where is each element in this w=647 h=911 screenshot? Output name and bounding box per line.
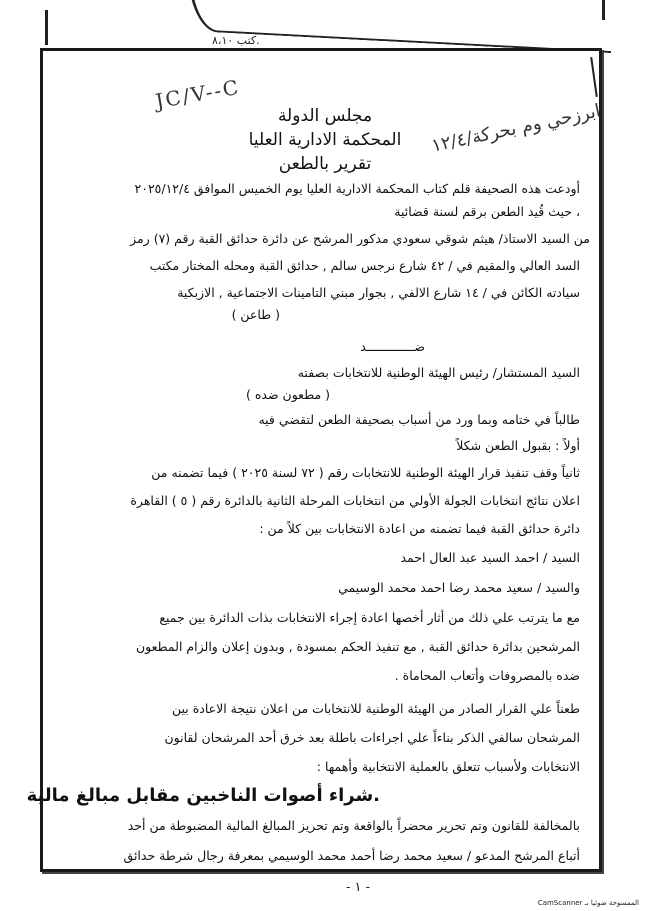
document-body: أودعت هذه الصحيفة قلم كتاب المحكمة الادا…	[80, 175, 580, 871]
back-sheet-edge-right	[602, 0, 605, 20]
second-request-line-1: ثانياً وقف تنفيذ قرار الهيئة الوطنية للا…	[80, 459, 580, 487]
appeal-line-2: المرشحان سالفي الذكر بناءاً علي اجراءات …	[80, 723, 580, 752]
consequences-line-2: المرشحين بدائرة حدائق القبة , مع تنفيذ ا…	[80, 632, 580, 661]
header-title: تقرير بالطعن	[215, 152, 435, 176]
appeal-line-1: طعناً علي القرار الصادر من الهيئة الوطني…	[80, 694, 580, 723]
registration-line: ، حيث قُيد الطعن برقم لسنة قضائية	[80, 198, 580, 225]
first-request: أولاً : بقبول الطعن شكلاً	[80, 433, 580, 459]
closing-line-1: بالمخالفة للقانون وتم تحرير محضراً بالوا…	[80, 811, 580, 841]
back-sheet-edge-left	[45, 10, 48, 45]
back-sheet-handwriting: .كتب ٨،١٠	[212, 34, 260, 47]
against-label: ضـــــــــــــد	[80, 332, 580, 362]
page-number: - ١ -	[346, 880, 370, 895]
candidate-1: السيد / احمد السيد عبد العال احمد	[80, 543, 580, 573]
consequences-line-1: مع ما يترتب علي ذلك من أثار أخصها اعادة …	[80, 603, 580, 632]
corner-mark	[590, 57, 598, 97]
candidate-2: والسيد / سعيد محمد رضا احمد محمد الوسيمي	[80, 573, 580, 603]
respondent-role: ( مطعون ضده )	[80, 384, 580, 406]
closing-line-2: أتباع المرشح المدعو / سعيد محمد رضا أحمد…	[80, 841, 580, 871]
appellant-line-2: السد العالي والمقيم في / ٤٢ شارع نرجس سا…	[80, 252, 580, 279]
highlight-reason: .شراء أصوات الناخبين مقابل مبالغ مالية	[80, 781, 580, 811]
second-request-line-3: دائرة حدائق القبة فيما تضمنه من اعادة ال…	[80, 515, 580, 543]
appellant-role: ( طاعن )	[80, 306, 580, 324]
second-request-line-2: اعلان نتائج انتخابات الجولة الأولي من ان…	[80, 487, 580, 515]
appeal-line-3: الانتخابات ولأسباب تتعلق بالعملية الانتخ…	[80, 752, 580, 781]
header-court: المحكمة الادارية العليا	[215, 128, 435, 152]
appellant-line-3: سيادته الكائن في / ١٤ شارع الالفي , بجوا…	[80, 279, 580, 306]
consequences-line-3: ضده بالمصروفات وأتعاب المحاماة .	[80, 661, 580, 690]
header-council: مجلس الدولة	[215, 104, 435, 128]
respondent-line: السيد المستشار/ رئيس الهيئة الوطنية للان…	[80, 362, 580, 384]
appellant-line-1: من السيد الاستاذ/ هيثم شوقي سعودي مدكور …	[80, 225, 590, 252]
scanner-watermark: الممسوحة ضوئيا بـ CamScanner	[538, 899, 639, 907]
requests-intro: طالباً في ختامه وبما ورد من أسباب بصحيفة…	[80, 406, 580, 433]
document-header: مجلس الدولة المحكمة الادارية العليا تقري…	[215, 104, 435, 176]
